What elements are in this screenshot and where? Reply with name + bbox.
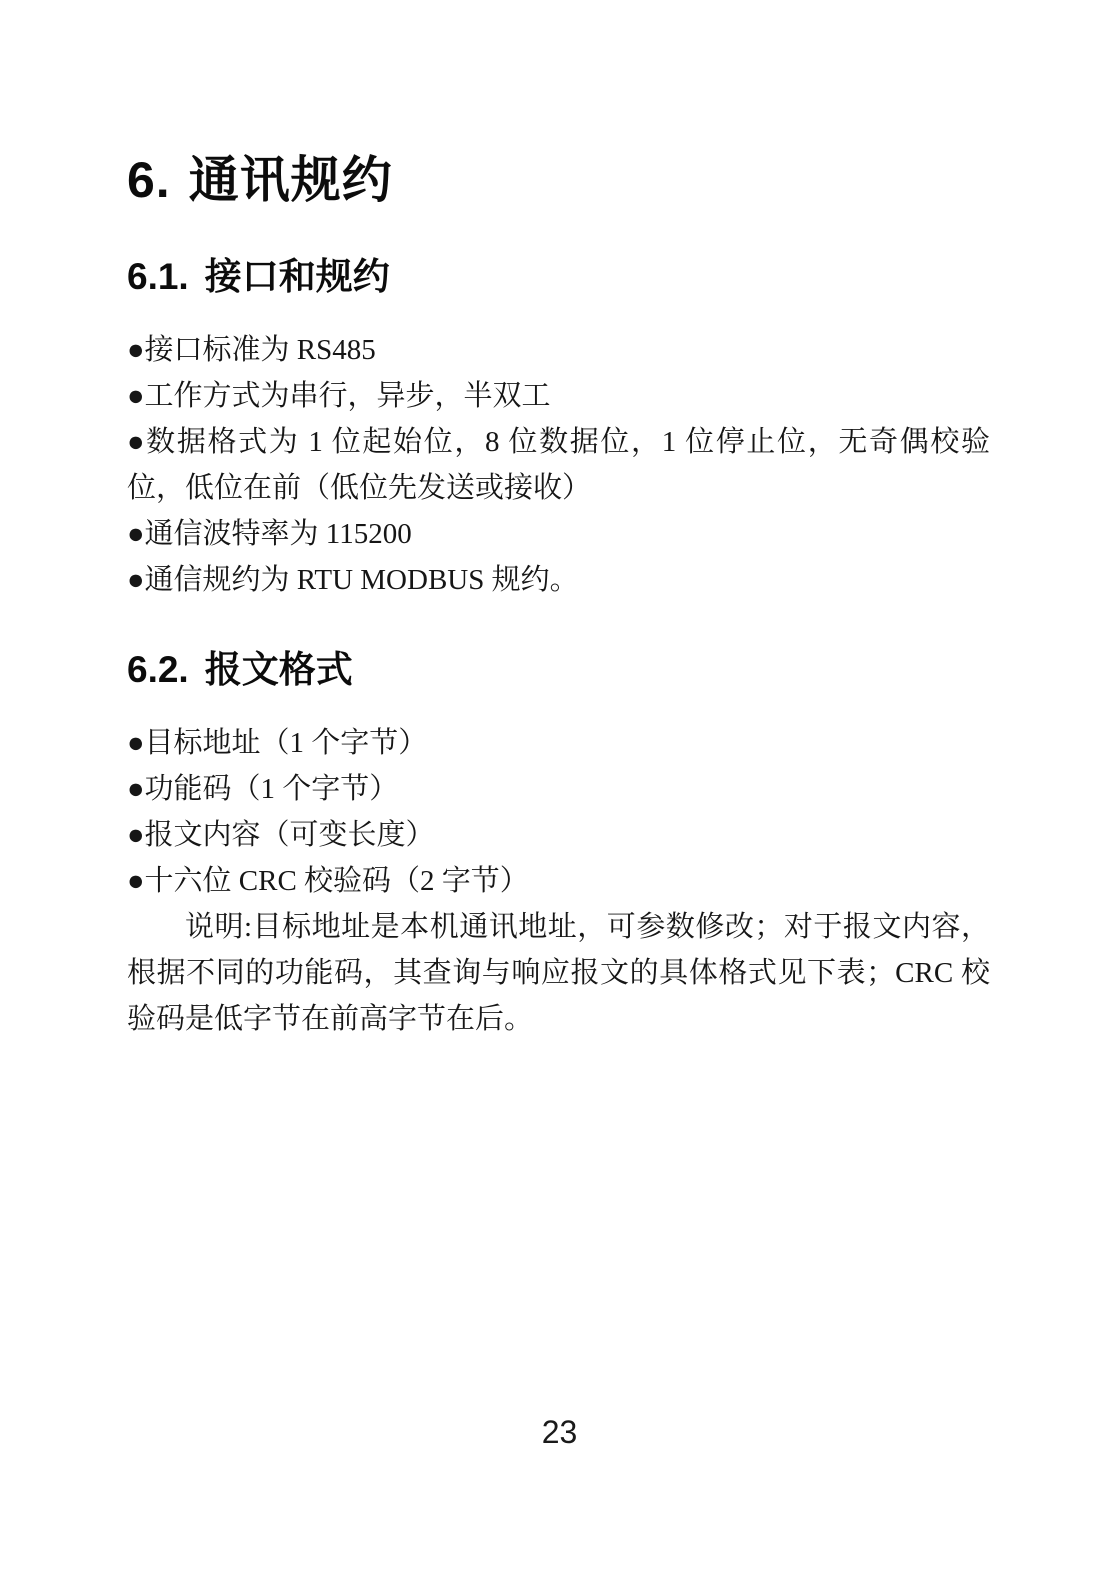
section-title: 报文格式	[205, 650, 353, 691]
chapter-number: 6.	[127, 152, 171, 208]
list-item: ●通信规约为 RTU MODBUS 规约。	[127, 557, 990, 603]
section-number: 6.1.	[127, 256, 189, 297]
bullet-list-message-format: ●目标地址（1 个字节） ●功能码（1 个字节） ●报文内容（可变长度） ●十六…	[127, 720, 990, 904]
section-heading-interface: 6.1.接口和规约	[127, 254, 990, 301]
list-item: ●目标地址（1 个字节）	[127, 720, 990, 766]
section-title: 接口和规约	[205, 257, 390, 298]
chapter-heading: 6.通讯规约	[127, 150, 990, 210]
section-heading-message-format: 6.2.报文格式	[127, 647, 990, 694]
list-item: ●数据格式为 1 位起始位，8 位数据位，1 位停止位，无奇偶校验位，低位在前（…	[127, 419, 990, 511]
list-item: ●功能码（1 个字节）	[127, 766, 990, 812]
list-item: ●报文内容（可变长度）	[127, 812, 990, 858]
section-number: 6.2.	[127, 649, 189, 690]
chapter-title: 通讯规约	[189, 152, 393, 208]
document-page: 6.通讯规约 6.1.接口和规约 ●接口标准为 RS485 ●工作方式为串行，异…	[0, 0, 1119, 1587]
explanation-paragraph: 说明:目标地址是本机通讯地址，可参数修改；对于报文内容，根据不同的功能码，其查询…	[127, 904, 990, 1042]
list-item: ●通信波特率为 115200	[127, 511, 990, 557]
bullet-list-interface: ●接口标准为 RS485 ●工作方式为串行，异步，半双工 ●数据格式为 1 位起…	[127, 327, 990, 603]
list-item: ●工作方式为串行，异步，半双工	[127, 373, 990, 419]
list-item: ●接口标准为 RS485	[127, 327, 990, 373]
page-number: 23	[0, 1412, 1119, 1452]
list-item: ●十六位 CRC 校验码（2 字节）	[127, 858, 990, 904]
